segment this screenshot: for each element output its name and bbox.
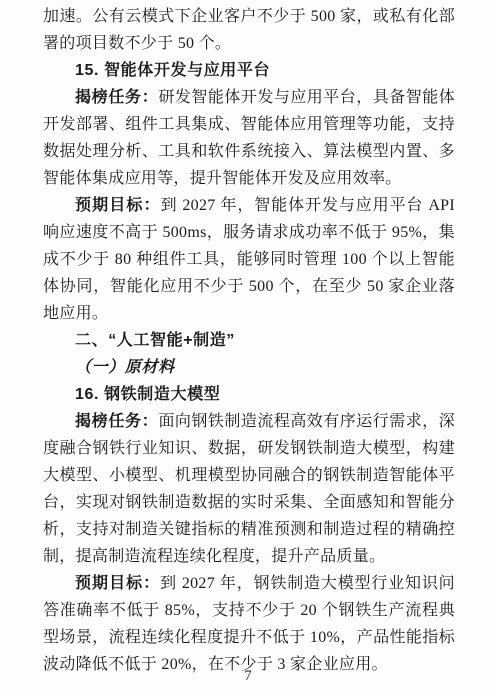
heading-item-16: 16. 钢铁制造大模型 (43, 381, 455, 408)
page-number: 7 (0, 666, 496, 686)
paragraph-task-15: 揭榜任务：研发智能体开发与应用平台，具备智能体开发部署、组件工具集成、智能体应用… (43, 84, 455, 192)
paragraph-goal-16: 预期目标：到 2027 年，钢铁制造大模型行业知识问答准确率不低于 85%，支持… (43, 570, 455, 678)
paragraph-bold-label: 预期目标： (75, 197, 161, 214)
paragraph-goal-15: 预期目标：到 2027 年，智能体开发与应用平台 API 响应速度不高于 500… (43, 192, 455, 327)
heading-section-2: 二、“人工智能+制造” (43, 327, 455, 354)
heading-subsection-1: （一）原材料 (43, 354, 455, 381)
paragraph-bold-label: 预期目标： (75, 575, 160, 592)
paragraph-continuation: 加速。公有云模式下企业客户不少于 500 家，或私有化部署的项目数不少于 50 … (43, 3, 455, 57)
document-page: 加速。公有云模式下企业客户不少于 500 家，或私有化部署的项目数不少于 50 … (0, 0, 496, 695)
heading-item-15: 15. 智能体开发与应用平台 (43, 57, 455, 84)
paragraph-bold-label: 揭榜任务： (75, 89, 158, 106)
paragraph-task-16: 揭榜任务：面向钢铁制造流程高效有序运行需求，深度融合钢铁行业知识、数据，研发钢铁… (43, 408, 455, 570)
document-body: 加速。公有云模式下企业客户不少于 500 家，或私有化部署的项目数不少于 50 … (0, 0, 496, 678)
paragraph-bold-label: 揭榜任务： (75, 413, 158, 430)
